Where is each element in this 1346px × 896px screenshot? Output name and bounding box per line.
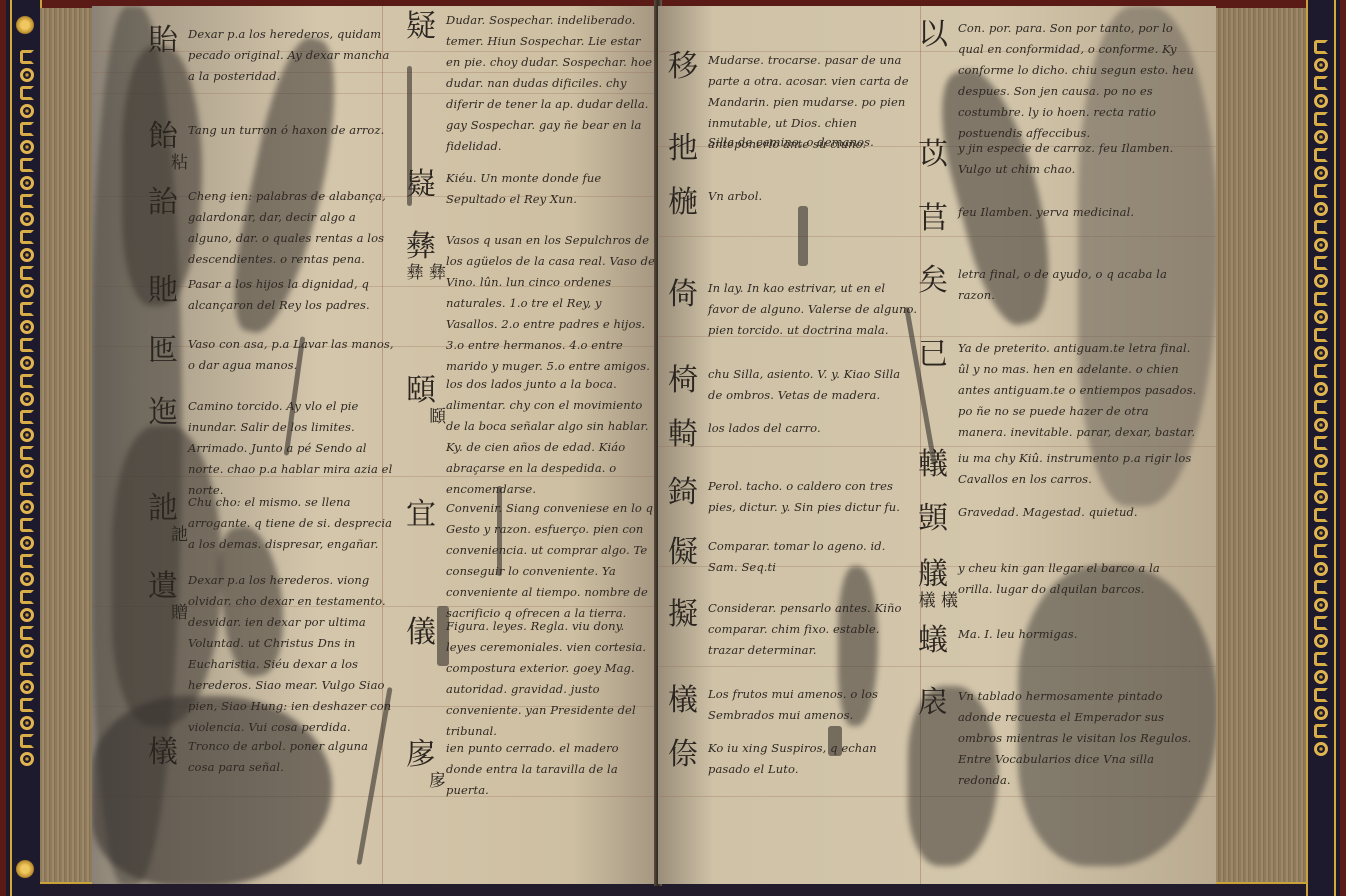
left-page: 貽 Dexar p.a los herederos, quidam pecado… xyxy=(92,6,658,884)
definition: chu Silla, asiento. V. y. Kiao Silla de … xyxy=(708,364,918,406)
dictionary-entry: 苡 y jin especie de carroz. feu Ilamben. … xyxy=(908,138,1198,180)
dictionary-entry: 椸 Vn arbol. xyxy=(658,186,918,220)
definition: Tang un turron ó haxon de arroz. xyxy=(188,120,398,172)
headword: 顗 xyxy=(908,502,958,536)
dictionary-entry: 遺贈 Dexar p.a los herederos. viong olvida… xyxy=(138,570,398,738)
definition: Perol. tacho. o caldero con tres pies, d… xyxy=(708,476,918,518)
definition: Dexar p.a los herederos. viong olvidar. … xyxy=(188,570,398,738)
definition: Vn tablado hermosamente pintado adonde r… xyxy=(958,686,1198,791)
dictionary-entry: 倚 In lay. In kao estrivar, ut en el favo… xyxy=(658,278,918,341)
definition: iu ma chy Kiû. instrumento p.a rigir los… xyxy=(958,448,1198,490)
dictionary-entry: 貽 Dexar p.a los herederos, quidam pecado… xyxy=(138,24,398,87)
dictionary-entry: 貤 Pasar a los hijos la dignidad, q alcan… xyxy=(138,274,398,316)
headword: 苢 xyxy=(908,202,958,236)
headword: 已 xyxy=(908,338,958,443)
right-page-edges xyxy=(1214,8,1306,888)
headword: 輢 xyxy=(658,418,708,452)
headword: 檥 xyxy=(138,736,188,778)
headword: 以 xyxy=(908,18,958,144)
definition: Considerar. pensarlo antes. Kiño compara… xyxy=(708,598,918,661)
definition: Convenir. Siang conveniese en lo q Gesto… xyxy=(446,498,656,624)
dictionary-entry: 已 Ya de preterito. antiguam.te letra fin… xyxy=(908,338,1198,443)
headword: 矣 xyxy=(908,264,958,306)
dictionary-entry: 宜 Convenir. Siang conveniese en lo q Ges… xyxy=(396,498,656,624)
dictionary-entry: 嶷 Kiéu. Un monte donde fue Sepultado el … xyxy=(396,168,656,210)
gilt-rule xyxy=(10,0,12,896)
headword: 扆 xyxy=(908,686,958,791)
dictionary-entry: 匜 Vaso con asa, p.a Lavar las manos, o d… xyxy=(138,334,398,376)
definition: Tronco de arbol. poner alguna cosa para … xyxy=(188,736,398,778)
definition: letra final, o de ayudo, o q acaba la ra… xyxy=(958,264,1198,306)
definition: Comparar. tomar lo ageno. id. Sam. Seq.t… xyxy=(708,536,918,578)
headword: 宜 xyxy=(396,498,446,624)
headword: 貤 xyxy=(138,274,188,316)
dictionary-entry: 扅扅 ien punto cerrado. el madero donde en… xyxy=(396,738,656,801)
definition: Figura. leyes. Regla. viu dony. leyes ce… xyxy=(446,616,656,742)
headword: 彝彝 彝 xyxy=(396,230,446,377)
right-binding-board xyxy=(1306,0,1340,896)
dictionary-entry: 矣 letra final, o de ayudo, o q acaba la … xyxy=(908,264,1198,306)
headword: 嶷 xyxy=(396,168,446,210)
headword: 倷 xyxy=(658,738,708,780)
dictionary-entry: 擬 Considerar. pensarlo antes. Kiño compa… xyxy=(658,598,918,661)
definition: In lay. In kao estrivar, ut en el favor … xyxy=(708,278,918,341)
rosette-ornament-icon xyxy=(14,14,36,36)
definition: Ko iu xing Suspiros, q echan pasado el L… xyxy=(708,738,918,780)
dictionary-entry: 迤 Camino torcido. Ay vlo el pie inundar.… xyxy=(138,396,398,501)
definition: los dos lados junto a la boca. alimentar… xyxy=(446,374,656,500)
dictionary-entry: 訑訑 Chu cho: el mismo. se llena arrogante… xyxy=(138,492,398,555)
headword: 遺贈 xyxy=(138,570,188,738)
definition: Dudar. Sospechar. indeliberado. temer. H… xyxy=(446,10,656,157)
dictionary-entry: 詒 Cheng ien: palabras de alabança, galar… xyxy=(138,186,398,270)
dictionary-entry: 儗 Comparar. tomar lo ageno. id. Sam. Seq… xyxy=(658,536,918,578)
headword: 椸 xyxy=(658,186,708,220)
definition: y cheu kin gan llegar el barco a la oril… xyxy=(958,558,1198,610)
definition: Los frutos mui amenos. o los Sembrados m… xyxy=(708,684,918,726)
greek-key-border xyxy=(20,50,38,766)
dictionary-entry: 苢 feu Ilamben. yerva medicinal. xyxy=(908,202,1198,236)
rosette-ornament-icon xyxy=(14,858,36,880)
headword: 轙 xyxy=(908,448,958,490)
definition: Vasos q usan en los Sepulchros de los ag… xyxy=(446,230,656,377)
headword: 飴粘 xyxy=(138,120,188,172)
dictionary-entry: 疑 Dudar. Sospechar. indeliberado. temer.… xyxy=(396,10,656,157)
definition: Kiéu. Un monte donde fue Sepultado el Re… xyxy=(446,168,656,210)
headword: 儗 xyxy=(658,536,708,578)
definition: ien punto cerrado. el madero donde entra… xyxy=(446,738,656,801)
headword: 艤檥 檥 xyxy=(908,558,958,610)
dictionary-entry: 艤檥 檥 y cheu kin gan llegar el barco a la… xyxy=(908,558,1198,610)
definition: Con. por. para. Son por tanto, por lo qu… xyxy=(958,18,1198,144)
headword: 錡 xyxy=(658,476,708,518)
definition: Ya de preterito. antiguam.te letra final… xyxy=(958,338,1198,443)
headword: 迤 xyxy=(138,396,188,501)
headword: 蟻 xyxy=(908,624,958,658)
definition: Vaso con asa, p.a Lavar las manos, o dar… xyxy=(188,334,398,376)
dictionary-entry: 頤頥 los dos lados junto a la boca. alimen… xyxy=(396,374,656,500)
dictionary-entry: 扆 Vn tablado hermosamente pintado adonde… xyxy=(908,686,1198,791)
headword: 詒 xyxy=(138,186,188,270)
dictionary-entry: 扡 Silla de camino, o demanos. xyxy=(658,132,918,166)
dictionary-entry: 以 Con. por. para. Son por tanto, por lo … xyxy=(908,18,1198,144)
headword: 訑訑 xyxy=(138,492,188,555)
headword: 匜 xyxy=(138,334,188,376)
definition: Dexar p.a los herederos, quidam pecado o… xyxy=(188,24,398,87)
definition: Camino torcido. Ay vlo el pie inundar. S… xyxy=(188,396,398,501)
definition: Gravedad. Magestad. quietud. xyxy=(958,502,1198,536)
dictionary-entry: 彝彝 彝 Vasos q usan en los Sepulchros de l… xyxy=(396,230,656,377)
headword: 擬 xyxy=(658,598,708,661)
headword: 苡 xyxy=(908,138,958,180)
headword: 倚 xyxy=(658,278,708,341)
headword: 疑 xyxy=(396,10,446,157)
definition: feu Ilamben. yerva medicinal. xyxy=(958,202,1198,236)
right-page: 移 Mudarse. trocarse. pasar de una parte … xyxy=(658,6,1216,884)
definition: Vn arbol. xyxy=(708,186,918,220)
definition: Ma. I. leu hormigas. xyxy=(958,624,1198,658)
definition: Pasar a los hijos la dignidad, q alcança… xyxy=(188,274,398,316)
definition: los lados del carro. xyxy=(708,418,918,452)
headword: 頤頥 xyxy=(396,374,446,500)
bottom-binding-band xyxy=(40,882,1306,896)
left-binding-board xyxy=(6,0,42,896)
dictionary-entry: 轙 iu ma chy Kiû. instrumento p.a rigir l… xyxy=(908,448,1198,490)
headword: 扡 xyxy=(658,132,708,166)
dictionary-entry: 顗 Gravedad. Magestad. quietud. xyxy=(908,502,1198,536)
headword: 儀 xyxy=(396,616,446,742)
dictionary-entry: 檥 Los frutos mui amenos. o los Sembrados… xyxy=(658,684,918,726)
dictionary-entry: 輢 los lados del carro. xyxy=(658,418,918,452)
dictionary-entry: 檥 Tronco de arbol. poner alguna cosa par… xyxy=(138,736,398,778)
gilt-rule xyxy=(1334,0,1336,896)
definition: y jin especie de carroz. feu Ilamben. Vu… xyxy=(958,138,1198,180)
dictionary-entry: 錡 Perol. tacho. o caldero con tres pies,… xyxy=(658,476,918,518)
dictionary-entry: 飴粘 Tang un turron ó haxon de arroz. xyxy=(138,120,398,172)
dictionary-entry: 儀 Figura. leyes. Regla. viu dony. leyes … xyxy=(396,616,656,742)
dictionary-entry: 蟻 Ma. I. leu hormigas. xyxy=(908,624,1198,658)
greek-key-border xyxy=(1314,40,1332,756)
headword: 扅扅 xyxy=(396,738,446,801)
headword: 椅 xyxy=(658,364,708,406)
definition: Chu cho: el mismo. se llena arrogante. q… xyxy=(188,492,398,555)
dictionary-entry: 倷 Ko iu xing Suspiros, q echan pasado el… xyxy=(658,738,918,780)
definition: Cheng ien: palabras de alabança, galardo… xyxy=(188,186,398,270)
definition: Silla de camino, o demanos. xyxy=(708,132,918,166)
headword: 貽 xyxy=(138,24,188,87)
dictionary-entry: 椅 chu Silla, asiento. V. y. Kiao Silla d… xyxy=(658,364,918,406)
headword: 檥 xyxy=(658,684,708,726)
left-page-edges xyxy=(40,8,94,888)
